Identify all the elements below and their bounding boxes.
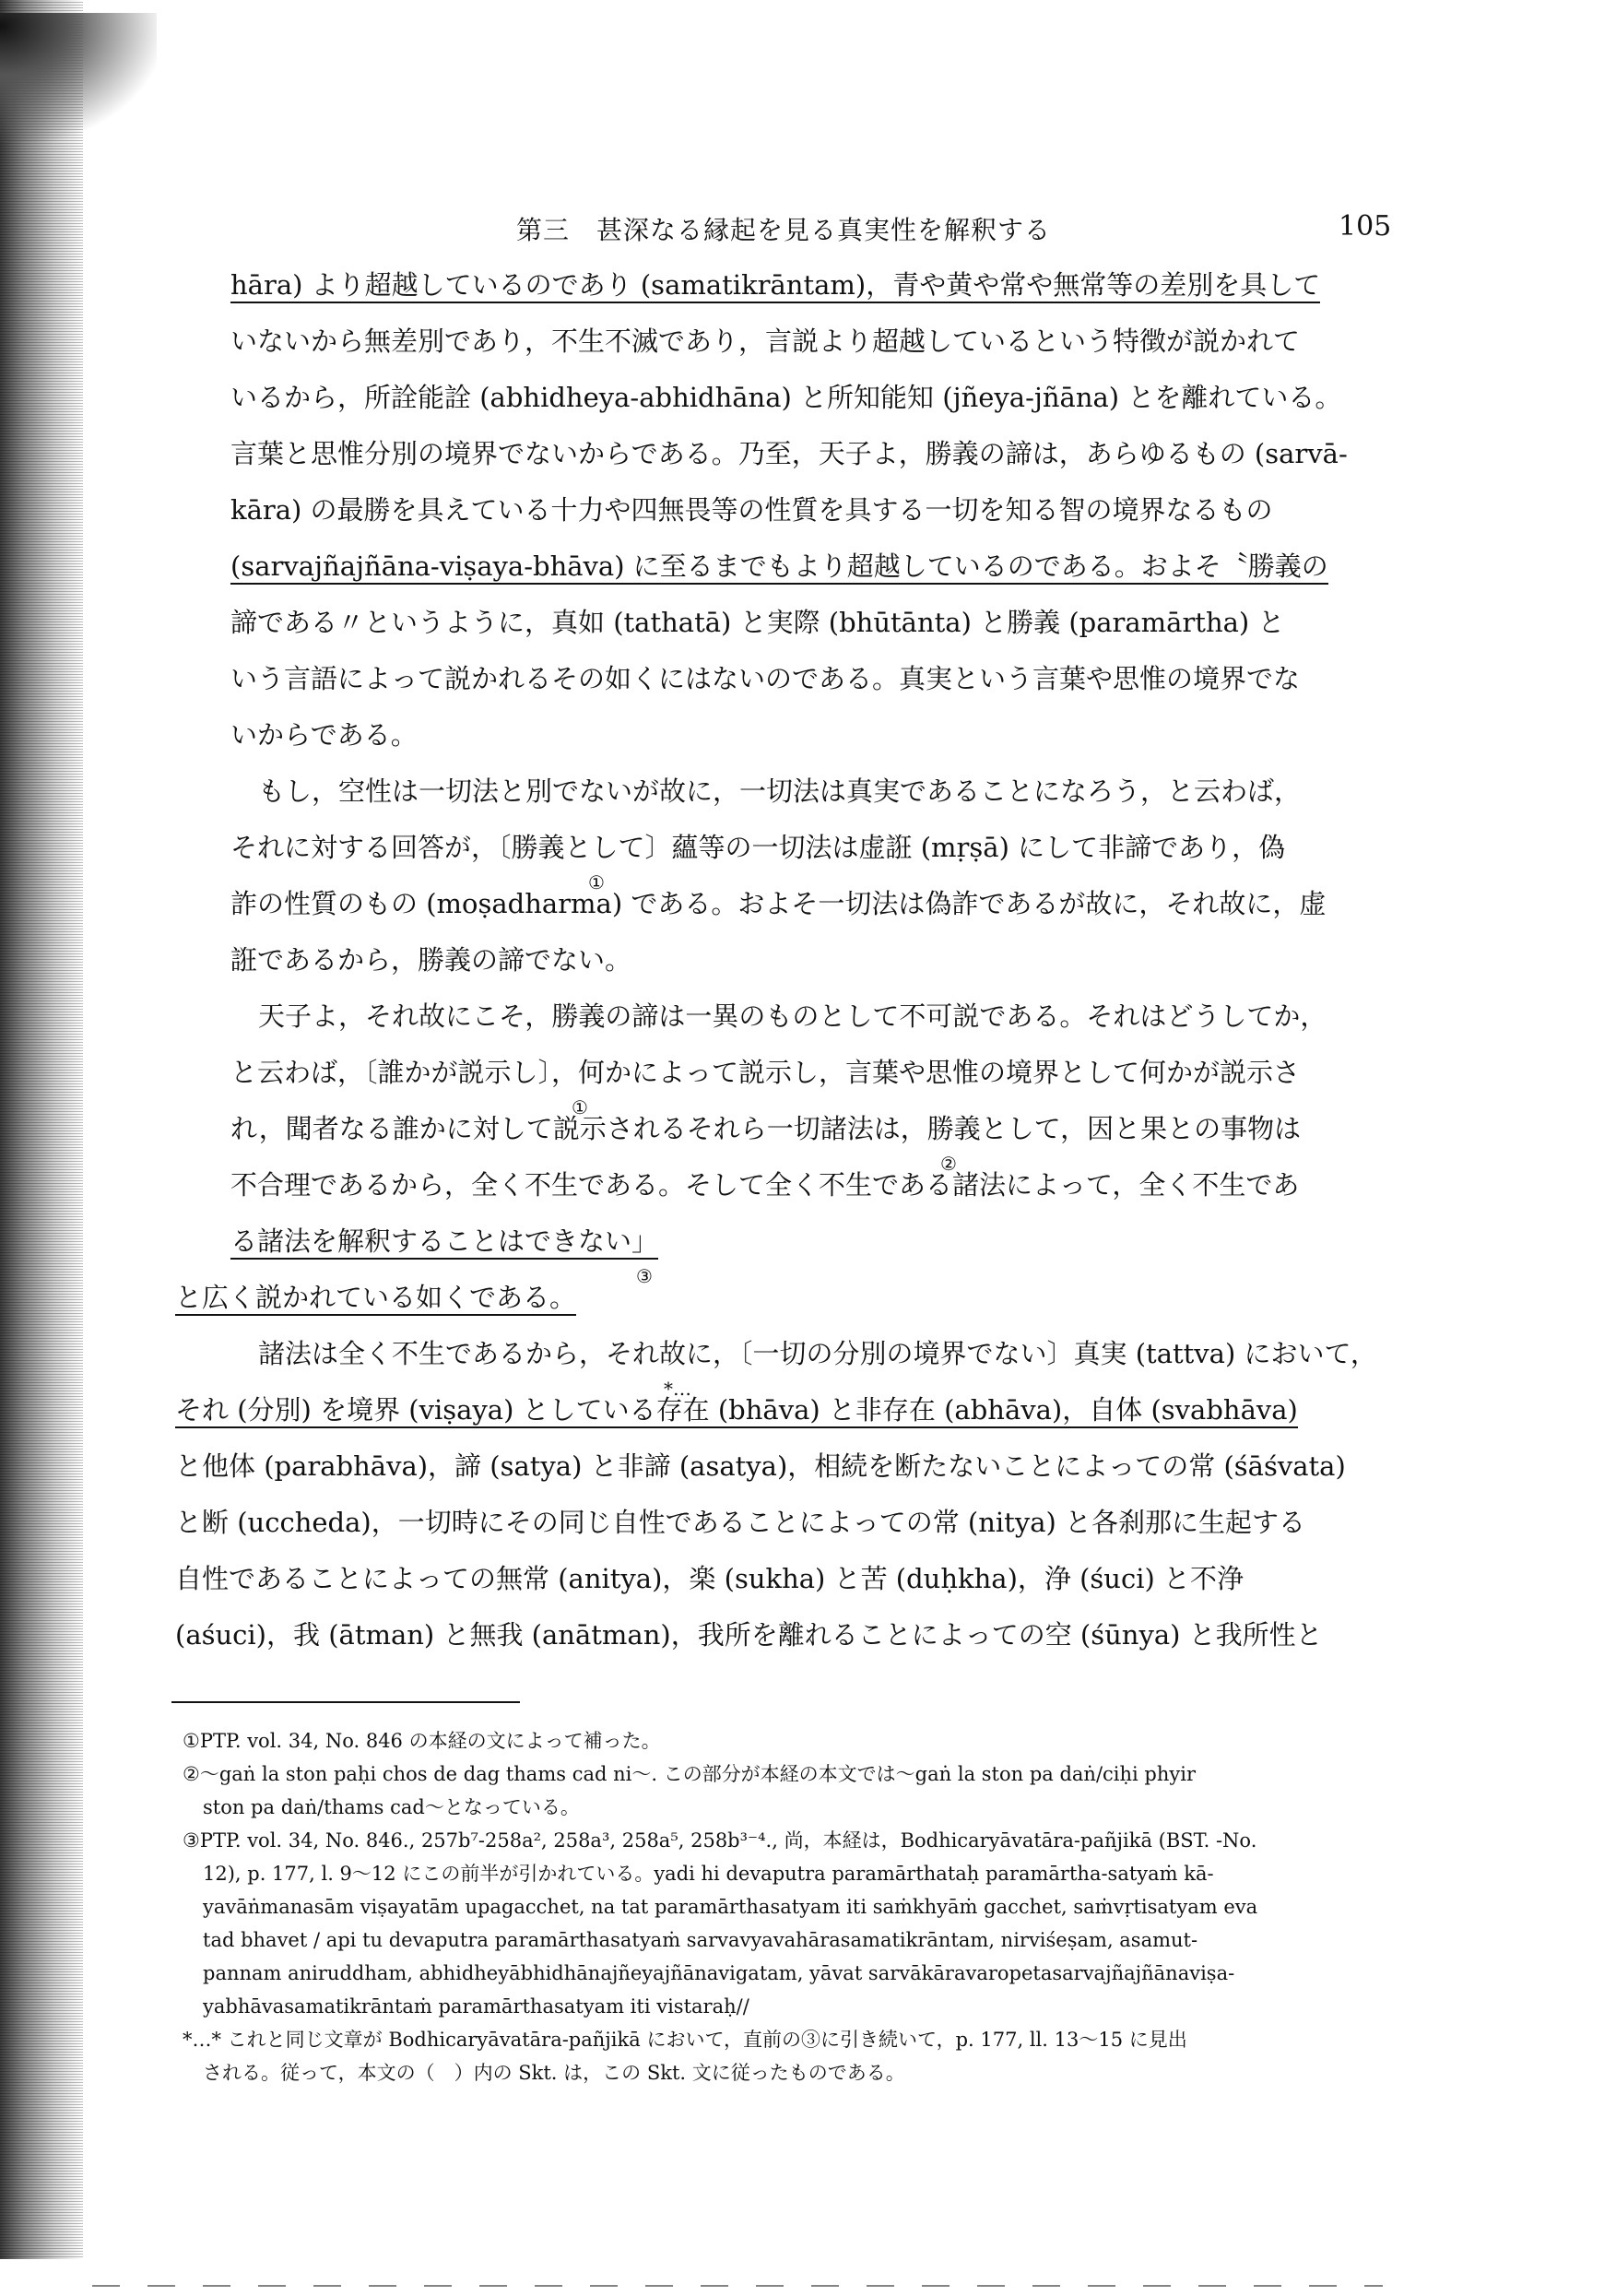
text-line: と広く説かれている如くである。 [175, 1274, 1383, 1331]
text-line: いるから，所詮能詮 (abhidheya-abhidhāna) と所知能知 (j… [230, 374, 1383, 431]
page-number: 105 [1339, 210, 1391, 243]
footnote-asterisk: *…* これと同じ文章が Bodhicaryāvatāra-pañjikā にお… [183, 2023, 1399, 2056]
text-line: 不合理であるから，全く不生である。そして全く不生である諸法によって，全く不生であ [230, 1162, 1383, 1218]
underlined-text: それ (分別) を境界 (viṣaya) としている存在 (bhāva) と非存… [175, 1394, 1298, 1428]
text-line: 詐の性質のもの (moṣadharma) である。およそ一切法は偽詐であるが故に… [230, 881, 1383, 937]
underlined-text: hāra) より超越しているのであり (samatikrāntam)，青や黄や常… [230, 269, 1320, 303]
text-line: kāra) の最勝を具えている十力や四無畏等の性質を具する一切を知る智の境界なる… [230, 487, 1383, 543]
running-head: 第三 甚深なる縁起を見る真実性を解釈する [516, 210, 1051, 247]
footnote-asterisk-cont: される。従って，本文の（ ）内の Skt. は，この Skt. 文に従ったもので… [183, 2056, 1399, 2089]
underlined-text: (sarvajñajñāna-viṣaya-bhāva) に至るまでもより超越し… [230, 550, 1328, 585]
text-span: 諸法は全く不生であるから，それ故に，〔一切の分別の境界でない〕真実 (tattv… [258, 1338, 1377, 1369]
footnote-3-cont: yabhāvasamatikrāntaṁ paramārthasatyam it… [183, 1990, 1399, 2023]
text-span: それに対する回答が，〔勝義として〕蘊等の一切法は虚誑 (mṛṣā) にして非諦で… [230, 832, 1285, 863]
footnotes: ①PTP. vol. 34, No. 846 の本経の文によって補った。 ②～g… [183, 1724, 1399, 2089]
text-line: それ (分別) を境界 (viṣaya) としている存在 (bhāva) と非存… [175, 1387, 1383, 1443]
footnote-2-cont: ston pa daṅ/thams cad～となっている。 [183, 1791, 1399, 1824]
footnote-3-cont: 12), p. 177, l. 9～12 にこの前半が引かれている。yadi h… [183, 1857, 1399, 1890]
text-span: と云わば，〔誰かが説示し〕，何かによって説示し，言葉や思惟の境界として何かが説示… [230, 1057, 1300, 1088]
book-page: 第三 甚深なる縁起を見る真実性を解釈する 105 hāra) より超越しているの… [0, 0, 1616, 2296]
text-line: それに対する回答が，〔勝義として〕蘊等の一切法は虚誑 (mṛṣā) にして非諦で… [230, 824, 1383, 881]
underlined-text: と広く説かれている如くである。 [175, 1282, 576, 1316]
footnote-2: ②～gaṅ la ston paḥi chos de dag thams cad… [183, 1758, 1399, 1791]
text-line: 自性であることによっての無常 (anitya)，楽 (sukha) と苦 (du… [175, 1556, 1383, 1612]
text-line: れ，聞者なる誰かに対して説示されるそれら一切諸法は，勝義として，因と果との事物は… [230, 1106, 1383, 1162]
footnote-3-cont: pannam aniruddham, abhidheyābhidhānajñey… [183, 1957, 1399, 1990]
paragraph-start: もし，空性は一切法と別でないが故に，一切法は真実であることになろう，と云わば， [230, 768, 1383, 824]
text-line: いう言語によって説かれるその如くにはないのである。真実という言葉や思惟の境界でな [230, 656, 1383, 712]
footnote-3: ③PTP. vol. 34, No. 846., 257b⁷-258a², 25… [183, 1824, 1399, 1857]
text-line: (aśuci)，我 (ātman) と無我 (anātman)，我所を離れること… [175, 1612, 1383, 1668]
footnote-1: ①PTP. vol. 34, No. 846 の本経の文によって補った。 [183, 1724, 1399, 1758]
footnote-3-cont: tad bhavet / api tu devaputra paramārtha… [183, 1923, 1399, 1957]
paragraph-start: 諸法は全く不生であるから，それ故に，〔一切の分別の境界でない〕真実 (tattv… [230, 1331, 1383, 1387]
text-line: いないから無差別であり，不生不滅であり，言説より超越しているという特徴が説かれて [230, 318, 1383, 374]
footnote-rule [171, 1701, 520, 1703]
text-line: いからである。 [230, 712, 1383, 768]
text-line: 誑であるから，勝義の諦でない。 [230, 937, 1383, 993]
underlined-text: る諸法を解釈することはできない」 [230, 1225, 658, 1260]
paragraph-start: 天子よ，それ故にこそ，勝義の諦は一異のものとして不可説である。それはどうしてか， [230, 993, 1383, 1049]
text-line: と云わば，〔誰かが説示し〕，何かによって説示し，言葉や思惟の境界として何かが説示… [230, 1049, 1383, 1106]
text-span: れ，聞者なる誰かに対して説示されるそれら一切諸法は，勝義として，因と果との事物は [230, 1113, 1301, 1144]
text-line: (sarvajñajñāna-viṣaya-bhāva) に至るまでもより超越し… [230, 543, 1383, 599]
footnote-3-cont: yavāṅmanasām viṣayatām upagacchet, na ta… [183, 1890, 1399, 1923]
text-line: hāra) より超越しているのであり (samatikrāntam)，青や黄や常… [230, 262, 1383, 318]
text-line: る諸法を解釈することはできない」 ③ [230, 1218, 1383, 1274]
text-line: 諦である〃というように，真如 (tathatā) と実際 (bhūtānta) … [230, 599, 1383, 656]
text-line: と他体 (parabhāva)，諦 (satya) と非諦 (asatya)，相… [175, 1443, 1383, 1499]
text-line: 言葉と思惟分別の境界でないからである。乃至，天子よ，勝義の諦は，あらゆるもの (… [230, 431, 1383, 487]
text-line: と断 (uccheda)，一切時にその同じ自性であることによっての常 (nity… [175, 1499, 1383, 1556]
body-text: hāra) より超越しているのであり (samatikrāntam)，青や黄や常… [230, 262, 1383, 1668]
scan-edge-marks [92, 2285, 1383, 2287]
